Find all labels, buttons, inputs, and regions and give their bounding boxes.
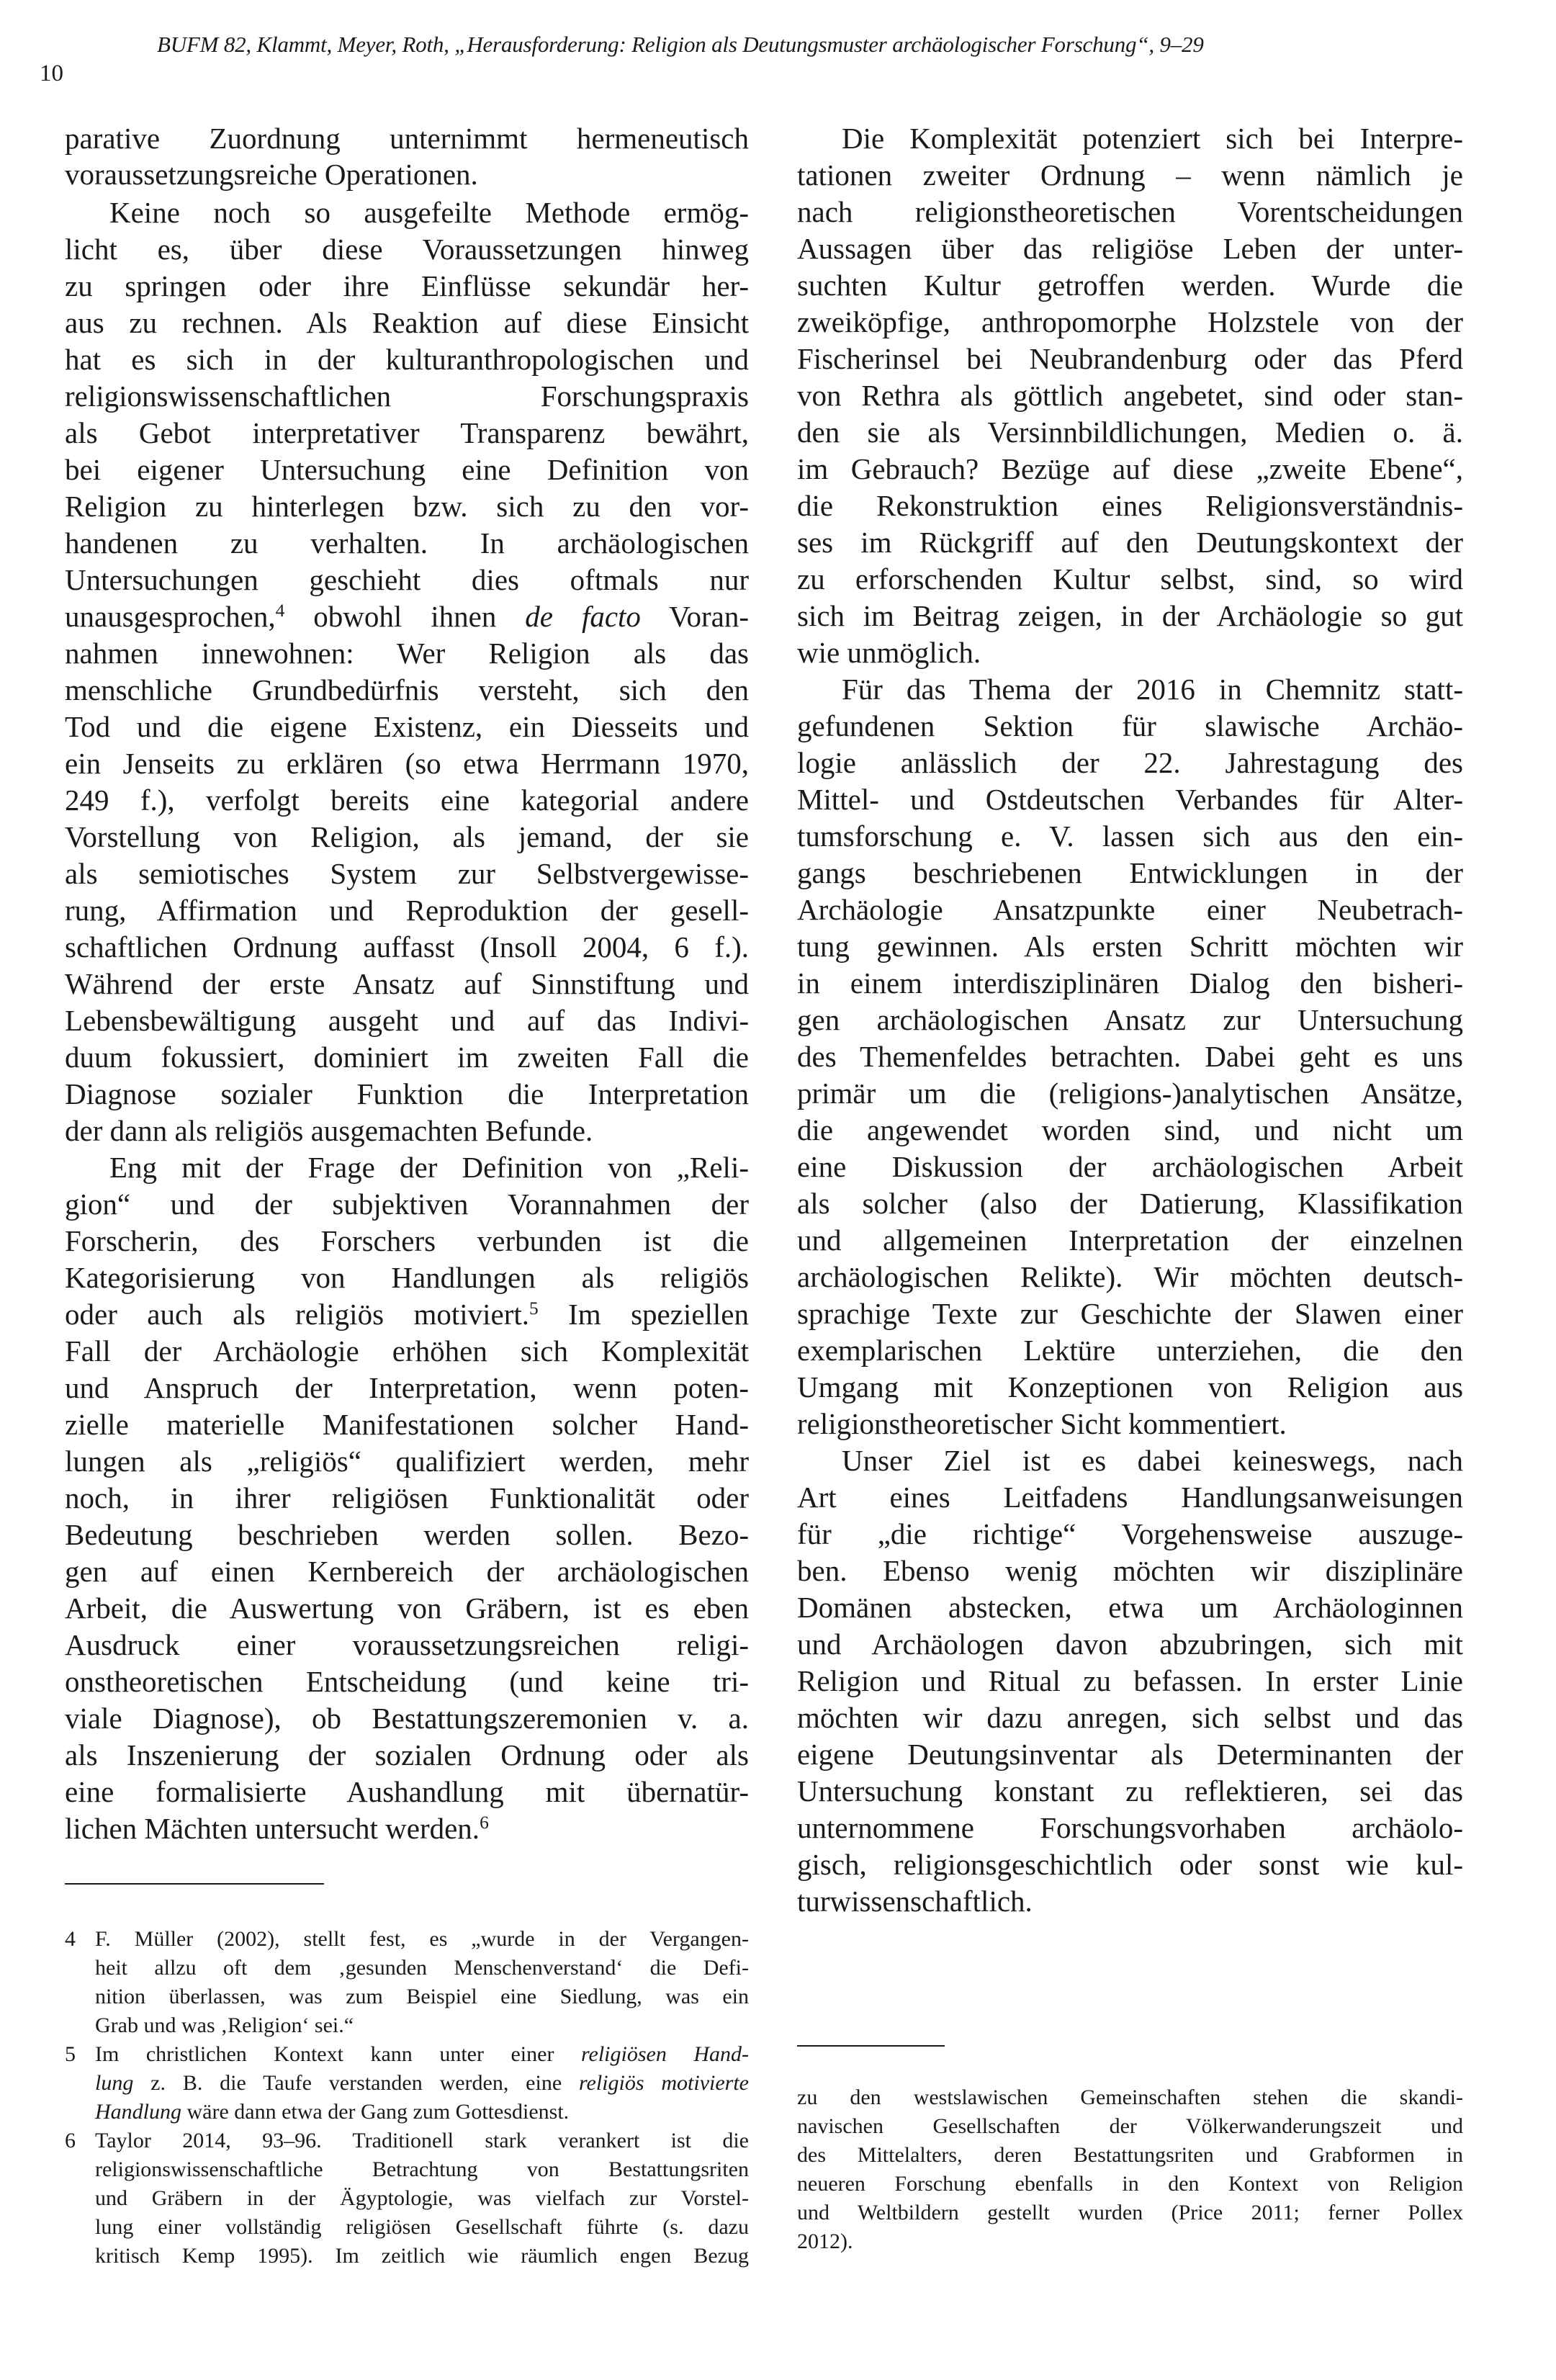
text: als Inszenierung der sozialen Ordnung od… [65,1738,749,1771]
body-line: Fall der Archäologie erhöhen sich Komple… [65,1337,749,1366]
text: Im christlichen Kontext kann unter einer [95,2042,581,2066]
footnote-line: des Mittelalters, deren Bestattungsriten… [797,2145,1463,2166]
body-line: gion“ und der subjektiven Vorannahmen de… [65,1190,749,1219]
body-line: gangs beschriebenen Entwicklungen in der [797,858,1463,888]
body-line: zielle materielle Manifestationen solche… [65,1410,749,1440]
text: archäologischen Relikte). Wir möchten de… [797,1260,1463,1293]
body-line: Domänen abstecken, etwa um Archäologinne… [797,1593,1463,1622]
text: Ausdruck einer voraussetzungsreichen rel… [65,1628,749,1661]
text: heit allzu oft dem ‚gesunden Menschenver… [95,1956,749,1980]
body-line: Untersuchung konstant zu reflektieren, s… [797,1777,1463,1806]
text: gion“ und der subjektiven Vorannahmen de… [65,1187,749,1221]
text: im Gebrauch? Bezüge auf diese „zweite Eb… [797,452,1463,485]
body-line: Kategorisierung von Handlungen als relig… [65,1263,749,1293]
body-line: ses im Rückgriff auf den Deutungskontext… [797,528,1463,557]
body-line: als solcher (also der Datierung, Klassif… [797,1189,1463,1218]
body-line: unausgesprochen,4 obwohl ihnen de facto … [65,602,749,632]
text: Art eines Leitfadens Handlungsanweisunge… [797,1481,1463,1514]
italic-term: religiös motivierte [579,2071,749,2095]
text: z. B. die Taufe verstanden werden, eine [133,2071,579,2095]
text: onstheoretischen Entscheidung (und keine… [65,1665,749,1698]
footnote-line: navischen Gesellschaften der Völkerwande… [797,2116,1463,2137]
body-line: logie anlässlich der 22. Jahrestagung de… [797,748,1463,778]
body-line: tung gewinnen. Als ersten Schritt möchte… [797,932,1463,961]
text: eine Diskussion der archäologischen Arbe… [797,1150,1463,1183]
footnote-line: lung z. B. die Taufe verstanden werden, … [65,2073,749,2094]
body-line: die angewendet worden sind, und nicht um [797,1115,1463,1145]
text: Arbeit, die Auswertung von Gräbern, ist … [65,1591,749,1625]
footnote-line: 5Im christlichen Kontext kann unter eine… [65,2044,749,2065]
text: gen archäologischen Ansatz zur Untersuch… [797,1003,1463,1036]
text: und Gräbern in der Ägyptologie, was viel… [95,2186,749,2210]
footnote-marker: 5 [529,1298,539,1319]
text: Fischerinsel bei Neubrandenburg oder das… [797,342,1463,375]
body-line: im Gebrauch? Bezüge auf diese „zweite Eb… [797,454,1463,484]
body-line: für „die richtige“ Vorgehensweise auszug… [797,1519,1463,1549]
text: zu springen oder ihre Einflüsse sekundär… [65,269,749,302]
text: licht es, über diese Voraussetzungen hin… [65,233,749,266]
footnote-separator [65,1883,324,1885]
body-line: voraussetzungsreiche Operationen. [65,160,478,189]
text: Untersuchungen geschieht dies oftmals nu… [65,563,749,596]
text: menschliche Grundbedürfnis versteht, sic… [65,673,749,706]
text: tationen zweiter Ordnung – wenn nämlich … [797,158,1463,192]
text: nition überlassen, was zum Beispiel eine… [95,1985,749,2008]
italic-term: religiösen Hand- [581,2042,749,2066]
text: des Mittelalters, deren Bestattungsriten… [797,2143,1463,2167]
text: Keine noch so ausgefeilte Methode ermög- [109,196,749,229]
body-line: als Inszenierung der sozialen Ordnung od… [65,1741,749,1770]
body-line: duum fokussiert, dominiert im zweiten Fa… [65,1043,749,1072]
body-line: turwissenschaftlich. [797,1887,1033,1916]
text: lichen Mächten untersucht werden. [65,1812,480,1845]
body-line: parative Zuordnung unternimmt hermeneuti… [65,124,749,153]
text: 2012). [797,2229,853,2253]
body-line: religionstheoretischer Sicht kommentiert… [797,1409,1287,1439]
body-line: Mittel- und Ostdeutschen Verbandes für A… [797,785,1463,814]
footnote-line: und Weltbildern gestellt wurden (Price 2… [797,2202,1463,2224]
body-line: Untersuchungen geschieht dies oftmals nu… [65,565,749,595]
body-line: gefundenen Sektion für slawische Archäo- [797,711,1463,741]
text: des Themenfeldes betrachten. Dabei geht … [797,1040,1463,1073]
text: nach religionstheoretischen Vorentscheid… [797,195,1463,228]
text: eine formalisierte Aushandlung mit übern… [65,1775,749,1808]
body-line: des Themenfeldes betrachten. Dabei geht … [797,1042,1463,1072]
text: in einem interdisziplinären Dialog den b… [797,966,1463,1000]
text: tumsforschung e. V. lassen sich aus den … [797,819,1463,853]
body-line: menschliche Grundbedürfnis versteht, sic… [65,675,749,705]
text: der dann als religiös ausgemachten Befun… [65,1114,593,1147]
text: Fall der Archäologie erhöhen sich Komple… [65,1334,749,1368]
body-line: Diagnose sozialer Funktion die Interpret… [65,1079,749,1109]
body-line: Lebensbewältigung ausgeht und auf das In… [65,1006,749,1036]
text: Lebensbewältigung ausgeht und auf das In… [65,1004,749,1037]
footnote-line: neueren Forschung ebenfalls in den Konte… [797,2173,1463,2195]
body-line: Art eines Leitfadens Handlungsanweisunge… [797,1483,1463,1512]
body-line: die Rekonstruktion eines Religionsverstä… [797,491,1463,521]
text: lung einer vollständig religiösen Gesell… [95,2215,749,2239]
text: und Anspruch der Interpretation, wenn po… [65,1371,749,1404]
body-line: Tod und die eigene Existenz, ein Diessei… [65,712,749,742]
text: Unser Ziel ist es dabei keineswegs, nach [842,1444,1463,1477]
text: die Rekonstruktion eines Religionsverstä… [797,489,1463,522]
body-line: noch, in ihrer religiösen Funktionalität… [65,1483,749,1513]
text: ein Jenseits zu erklären (so etwa Herrma… [65,747,749,780]
body-line: zu springen oder ihre Einflüsse sekundär… [65,271,749,301]
text: eigene Deutungsinventar als Determinante… [797,1738,1463,1771]
text: oder auch als religiös motiviert. [65,1298,529,1331]
body-line: sprachige Texte zur Geschichte der Slawe… [797,1299,1463,1329]
text: neueren Forschung ebenfalls in den Konte… [797,2172,1463,2196]
body-line: eine Diskussion der archäologischen Arbe… [797,1152,1463,1182]
body-line: onstheoretischen Entscheidung (und keine… [65,1667,749,1697]
text: als semiotisches System zur Selbstvergew… [65,857,749,890]
text: ben. Ebenso wenig möchten wir disziplinä… [797,1554,1463,1587]
italic-term: de facto [525,600,641,633]
text: voraussetzungsreiche Operationen. [65,158,478,191]
text: logie anlässlich der 22. Jahrestagung de… [797,746,1463,779]
body-line: und allgemeinen Interpretation der einze… [797,1226,1463,1255]
text: Für das Thema der 2016 in Chemnitz statt… [842,673,1463,706]
text: sprachige Texte zur Geschichte der Slawe… [797,1297,1463,1330]
text: suchten Kultur getroffen werden. Wurde d… [797,269,1463,302]
body-line: nach religionstheoretischen Vorentscheid… [797,197,1463,227]
body-line: Vorstellung von Religion, als jemand, de… [65,822,749,852]
text: unternommene Forschungsvorhaben archäolo… [797,1811,1463,1844]
text: Diagnose sozialer Funktion die Interpret… [65,1077,749,1110]
body-line: eigene Deutungsinventar als Determinante… [797,1740,1463,1769]
text: Im speziellen [539,1298,749,1331]
body-line: schaftlichen Ordnung auffasst (Insoll 20… [65,933,749,962]
text: Domänen abstecken, etwa um Archäologinne… [797,1591,1463,1624]
body-line: primär um die (religions-)analytischen A… [797,1079,1463,1108]
text: gangs beschriebenen Entwicklungen in der [797,856,1463,889]
text: hat es sich in der kulturanthropologisch… [65,343,749,376]
text: zielle materielle Manifestationen solche… [65,1408,749,1441]
text: noch, in ihrer religiösen Funktionalität… [65,1481,749,1514]
right-column: Die Komplexität potenziert sich bei Inte… [797,0,1463,2380]
text: 249 f.), verfolgt bereits eine kategoria… [65,783,749,817]
body-line: Eng mit der Frage der Definition von „Re… [65,1153,749,1182]
text: zu den westslawischen Gemeinschaften ste… [797,2085,1463,2109]
body-line: tumsforschung e. V. lassen sich aus den … [797,822,1463,851]
footnote-line: 4F. Müller (2002), stellt fest, es „wurd… [65,1928,749,1950]
body-line: Forscherin, des Forschers verbunden ist … [65,1226,749,1256]
footnote-number: 6 [65,2130,95,2152]
footnote-line: lung einer vollständig religiösen Gesell… [65,2217,749,2238]
body-line: archäologischen Relikte). Wir möchten de… [797,1262,1463,1292]
text: als solcher (also der Datierung, Klassif… [797,1187,1463,1220]
body-line: wie unmöglich. [797,638,981,668]
footnote-line: religionswissenschaftliche Betrachtung v… [65,2159,749,2181]
text: Eng mit der Frage der Definition von „Re… [109,1151,749,1184]
text: die angewendet worden sind, und nicht um [797,1113,1463,1146]
body-line: Während der erste Ansatz auf Sinnstiftun… [65,969,749,999]
body-line: licht es, über diese Voraussetzungen hin… [65,235,749,264]
body-line: bei eigener Untersuchung eine Definition… [65,455,749,485]
body-line: nahmen innewohnen: Wer Religion als das [65,639,749,668]
text: Mittel- und Ostdeutschen Verbandes für A… [797,783,1463,816]
footnote-line: und Gräbern in der Ägyptologie, was viel… [65,2188,749,2209]
footnote-separator [797,2045,945,2047]
text: Archäologie Ansatzpunkte einer Neubetrac… [797,893,1463,926]
text: religionswissenschaftliche Betrachtung v… [95,2157,749,2181]
body-line: rung, Affirmation und Reproduktion der g… [65,896,749,925]
text: rung, Affirmation und Reproduktion der g… [65,894,749,927]
text: obwohl ihnen [284,600,525,633]
body-line: lungen als „religiös“ qualifiziert werde… [65,1447,749,1476]
text: sich im Beitrag zeigen, in der Archäolog… [797,599,1463,632]
body-line: ein Jenseits zu erklären (so etwa Herrma… [65,749,749,778]
text: Kategorisierung von Handlungen als relig… [65,1261,749,1294]
text: duum fokussiert, dominiert im zweiten Fa… [65,1041,749,1074]
text: F. Müller (2002), stellt fest, es „wurde… [95,1927,749,1951]
text: Umgang mit Konzeptionen von Religion aus [797,1370,1463,1404]
text: nahmen innewohnen: Wer Religion als das [65,637,749,670]
body-line: den sie als Versinnbildlichungen, Medien… [797,418,1463,447]
body-line: tationen zweiter Ordnung – wenn nämlich … [797,161,1463,190]
body-line: in einem interdisziplinären Dialog den b… [797,969,1463,998]
body-line: eine formalisierte Aushandlung mit übern… [65,1777,749,1807]
text: primär um die (religions-)analytischen A… [797,1077,1463,1110]
italic-term: lung [95,2071,133,2095]
text: aus zu rechnen. Als Reaktion auf diese E… [65,306,749,339]
body-line: hat es sich in der kulturanthropologisch… [65,345,749,374]
body-line: zu erforschenden Kultur selbst, sind, so… [797,565,1463,594]
footnote-marker: 6 [480,1813,489,1833]
body-line: suchten Kultur getroffen werden. Wurde d… [797,271,1463,300]
text: kritisch Kemp 1995). Im zeitlich wie räu… [95,2244,749,2268]
body-line: und Anspruch der Interpretation, wenn po… [65,1373,749,1403]
text: Grab und was ‚Religion‘ sei.“ [95,2013,354,2037]
text: Religion zu hinterlegen bzw. sich zu den… [65,490,749,523]
body-line: Fischerinsel bei Neubrandenburg oder das… [797,344,1463,374]
text: Tod und die eigene Existenz, ein Diessei… [65,710,749,743]
footnote-line: nition überlassen, was zum Beispiel eine… [65,1986,749,2008]
text: möchten wir dazu anregen, sich selbst un… [797,1701,1463,1734]
footnote-line: heit allzu oft dem ‚gesunden Menschenver… [65,1957,749,1979]
footnote-line: 6Taylor 2014, 93–96. Traditionell stark … [65,2130,749,2152]
text: religionstheoretischer Sicht kommentiert… [797,1407,1287,1440]
body-line: exemplarischen Lektüre unterziehen, die … [797,1336,1463,1365]
body-line: Bedeutung beschrieben werden sollen. Bez… [65,1520,749,1550]
text: und Archäologen davon abzubringen, sich … [797,1627,1463,1661]
text: religionswissenschaftlichen Forschungspr… [65,380,749,413]
body-line: 249 f.), verfolgt bereits eine kategoria… [65,786,749,815]
body-line: gen archäologischen Ansatz zur Untersuch… [797,1005,1463,1035]
text: parative Zuordnung unternimmt hermeneuti… [65,122,749,155]
footnote-line: zu den westslawischen Gemeinschaften ste… [797,2087,1463,2109]
body-line: oder auch als religiös motiviert.5 Im sp… [65,1300,749,1329]
footnote-number: 5 [65,2044,95,2065]
body-line: und Archäologen davon abzubringen, sich … [797,1630,1463,1659]
text: zu erforschenden Kultur selbst, sind, so… [797,562,1463,596]
text: den sie als Versinnbildlichungen, Medien… [797,416,1463,449]
text: lungen als „religiös“ qualifiziert werde… [65,1445,749,1478]
text: Während der erste Ansatz auf Sinnstiftun… [65,967,749,1000]
text: unausgesprochen, [65,600,276,633]
footnote-line: Grab und was ‚Religion‘ sei.“ [65,2015,354,2037]
text: bei eigener Untersuchung eine Definition… [65,453,749,486]
text: exemplarischen Lektüre unterziehen, die … [797,1334,1463,1367]
body-line: ben. Ebenso wenig möchten wir disziplinä… [797,1556,1463,1586]
body-line: Umgang mit Konzeptionen von Religion aus [797,1373,1463,1402]
body-line: Archäologie Ansatzpunkte einer Neubetrac… [797,895,1463,925]
text: gisch, religionsgeschichtlich oder sonst… [797,1848,1463,1881]
body-line: religionswissenschaftlichen Forschungspr… [65,382,749,411]
text: viale Diagnose), ob Bestattungszeremonie… [65,1702,749,1735]
text: Untersuchung konstant zu reflektieren, s… [797,1774,1463,1808]
text: navischen Gesellschaften der Völkerwande… [797,2114,1463,2138]
text: gen auf einen Kernbereich der archäologi… [65,1555,749,1588]
text: schaftlichen Ordnung auffasst (Insoll 20… [65,930,749,964]
body-line: Keine noch so ausgefeilte Methode ermög- [65,198,749,228]
body-line: viale Diagnose), ob Bestattungszeremonie… [65,1704,749,1733]
text: ses im Rückgriff auf den Deutungskontext… [797,526,1463,559]
body-line: gen auf einen Kernbereich der archäologi… [65,1557,749,1586]
body-line: aus zu rechnen. Als Reaktion auf diese E… [65,308,749,338]
footnote-line: Handlung wäre dann etwa der Gang zum Got… [65,2101,569,2123]
body-line: sich im Beitrag zeigen, in der Archäolog… [797,601,1463,631]
body-line: unternommene Forschungsvorhaben archäolo… [797,1813,1463,1843]
body-line: von Rethra als göttlich angebetet, sind … [797,381,1463,410]
body-line: Religion zu hinterlegen bzw. sich zu den… [65,492,749,521]
text: tung gewinnen. Als ersten Schritt möchte… [797,930,1463,963]
body-line: Für das Thema der 2016 in Chemnitz statt… [797,675,1463,704]
italic-term: Handlung [95,2100,181,2124]
text: Taylor 2014, 93–96. Traditionell stark v… [95,2129,749,2152]
text: gefundenen Sektion für slawische Archäo- [797,709,1463,742]
text: Aussagen über das religiöse Leben der un… [797,232,1463,265]
text: als Gebot interpretativer Transparenz be… [65,416,749,449]
text: und Weltbildern gestellt wurden (Price 2… [797,2201,1463,2224]
body-line: als Gebot interpretativer Transparenz be… [65,418,749,448]
text: Die Komplexität potenziert sich bei Inte… [842,122,1463,155]
text: wäre dann etwa der Gang zum Gottesdienst… [181,2100,569,2124]
body-line: Religion und Ritual zu befassen. In erst… [797,1666,1463,1696]
body-line: lichen Mächten untersucht werden.6 [65,1814,489,1844]
footnote-number: 4 [65,1928,95,1950]
body-line: als semiotisches System zur Selbstvergew… [65,859,749,889]
body-line: möchten wir dazu anregen, sich selbst un… [797,1703,1463,1733]
body-line: gisch, religionsgeschichtlich oder sonst… [797,1850,1463,1880]
footnote-line: kritisch Kemp 1995). Im zeitlich wie räu… [65,2245,749,2267]
text: turwissenschaftlich. [797,1885,1033,1918]
text: und allgemeinen Interpretation der einze… [797,1223,1463,1257]
text: zweiköpfige, anthropomorphe Holzstele vo… [797,305,1463,338]
body-line: Die Komplexität potenziert sich bei Inte… [797,124,1463,153]
body-line: Aussagen über das religiöse Leben der un… [797,234,1463,264]
body-line: Unser Ziel ist es dabei keineswegs, nach [797,1446,1463,1476]
text: handenen zu verhalten. In archäologische… [65,526,749,560]
body-line: zweiköpfige, anthropomorphe Holzstele vo… [797,307,1463,337]
page-number: 10 [40,60,63,87]
text: Forscherin, des Forschers verbunden ist … [65,1224,749,1257]
text: Voran- [641,600,749,633]
text: von Rethra als göttlich angebetet, sind … [797,379,1463,412]
body-line: Ausdruck einer voraussetzungsreichen rel… [65,1630,749,1660]
footnote-marker: 4 [276,601,285,621]
text: Vorstellung von Religion, als jemand, de… [65,820,749,853]
text: für „die richtige“ Vorgehensweise auszug… [797,1517,1463,1550]
body-line: handenen zu verhalten. In archäologische… [65,529,749,558]
text: Religion und Ritual zu befassen. In erst… [797,1664,1463,1697]
body-line: der dann als religiös ausgemachten Befun… [65,1116,593,1146]
text: Bedeutung beschrieben werden sollen. Bez… [65,1518,749,1551]
left-column: parative Zuordnung unternimmt hermeneuti… [65,0,749,2380]
footnote-line: 2012). [797,2231,853,2253]
text: wie unmöglich. [797,636,981,669]
body-line: Arbeit, die Auswertung von Gräbern, ist … [65,1594,749,1623]
